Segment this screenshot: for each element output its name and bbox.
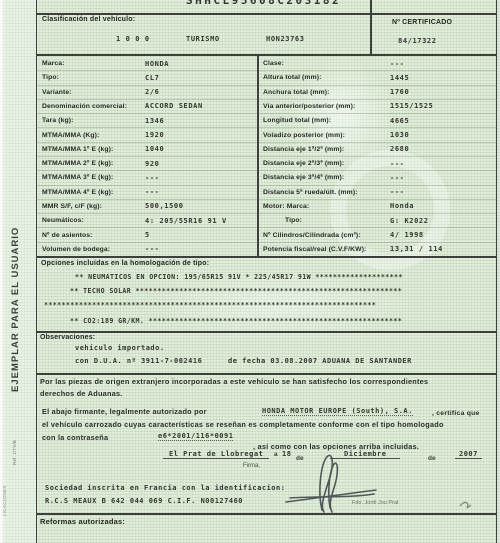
- spec-value: 1760: [390, 88, 409, 96]
- divider: [36, 513, 497, 515]
- spec-value: 500,1500: [145, 202, 184, 210]
- signature-caption: Firma,: [243, 463, 260, 469]
- spec-label: Tipo:: [263, 217, 390, 224]
- handwritten-signature: [280, 446, 380, 518]
- spec-label: Tara (kg):: [42, 117, 145, 124]
- spec-label: Vía anterior/posterior (mm):: [263, 103, 390, 110]
- option-line-co2: ** CO2:189 GR/KM. **********************…: [70, 317, 402, 325]
- observations-heading: Observaciones:: [40, 334, 95, 341]
- spec-label: Distancia eje 2ª/3ª (mm):: [263, 160, 390, 167]
- divider: [36, 331, 497, 333]
- declaration-line3-pre: con la contraseña: [42, 433, 108, 442]
- signer-name: Fdo. Jordi Jou Prat: [352, 500, 398, 506]
- divider: [36, 373, 497, 375]
- classification-code: 1 0 0 0: [116, 35, 150, 43]
- registration-line2: R.C.S MEAUX B 642 044 069 C.I.F. N001274…: [45, 497, 243, 505]
- spec-value: 920: [145, 160, 159, 168]
- spec-row: Tara (kg): 1346: [36, 114, 257, 128]
- spec-row: Longitud total (mm): 4665: [258, 114, 497, 128]
- option-line-filler: ****************************************…: [44, 301, 376, 309]
- spec-row: Distancia eje 2ª/3ª (mm): ---: [258, 157, 497, 171]
- certificate-number: 84/17322: [398, 37, 437, 45]
- scan-edge: [0, 0, 5, 543]
- spec-label: Longitud total (mm):: [263, 117, 390, 124]
- spec-value: ---: [390, 174, 404, 182]
- customs-paragraph-line2: derechos de Aduanas.: [40, 389, 123, 398]
- declaration-line1-post: , certifica que: [432, 410, 480, 417]
- spec-value: HONDA: [145, 60, 169, 68]
- spec-row: MTMA/MMA 1º E (kg): 1040: [36, 143, 257, 157]
- spec-row: MTMA/MMA 3º E (kg): ---: [36, 171, 257, 185]
- signing-year: 2007: [455, 450, 482, 459]
- spec-row: MTMA/MMA (Kg): 1920: [36, 128, 257, 142]
- homologation-ref: HON23763: [266, 35, 305, 43]
- declaration-line2: el vehículo carrozado cuyas característi…: [42, 420, 444, 429]
- spec-value: CL7: [145, 74, 159, 82]
- scanned-certificate: EJEMPLAR PARA EL USUARIO LICACIONES Ref.…: [0, 0, 500, 543]
- spec-row: Altura total (mm): 1445: [258, 71, 497, 85]
- spec-label: MTMA/MMA 2º E (kg):: [42, 160, 145, 167]
- spec-label: Distancia 5ª rueda/últ. (mm):: [263, 189, 390, 196]
- spec-row: Nº Cilindros/Cilindrada (cm³): 4/ 1998: [258, 228, 497, 242]
- spec-row: MMR S/F, c/F (kg): 500,1500: [36, 200, 257, 214]
- copy-type-vertical-label: EJEMPLAR PARA EL USUARIO: [10, 252, 21, 392]
- spec-value: 1445: [390, 74, 409, 82]
- spec-value: 13,31 / 114: [390, 245, 443, 253]
- divider: [36, 13, 497, 15]
- spec-row: MTMA/MMA 2º E (kg): 920: [36, 157, 257, 171]
- date-word-de2: de: [428, 455, 436, 462]
- spec-value: ACCORD SEDAN: [145, 102, 203, 110]
- print-shop-vertical-text: LICACIONES: [3, 464, 8, 517]
- options-heading: Opciones incluidas en la homologación de…: [41, 260, 209, 267]
- observation-dua: con D.U.A. nº 3911-7-002416: [75, 357, 202, 365]
- vin-number: SHHCL95608C203182: [186, 0, 341, 7]
- date-word-a: a: [274, 451, 278, 458]
- specs-right-column: Clase: --- Altura total (mm): 1445 Anchu…: [258, 57, 497, 256]
- spec-row: Distancia eje 1ª/2ª (mm): 2680: [258, 143, 497, 157]
- spec-label: MTMA/MMA 3º E (kg):: [42, 174, 145, 181]
- spec-row: Distancia eje 3ª/4ª (mm): ---: [258, 171, 497, 185]
- spec-row: Nº de asientos: 5: [36, 228, 257, 242]
- manufacturer-name: HONDA MOTOR EUROPE (South), S.A.: [262, 407, 413, 416]
- spec-row: MTMA/MMA 4º E (kg): ---: [36, 186, 257, 200]
- spec-label: Variante:: [42, 89, 145, 96]
- spec-label: MTMA/MMA 4º E (kg):: [42, 189, 145, 196]
- declaration-line1: El abajo firmante, legalmente autorizado…: [42, 407, 207, 416]
- spec-value: ---: [390, 60, 404, 68]
- spec-label: MTMA/MMA 1º E (kg):: [42, 146, 145, 153]
- specs-left-column: Marca: HONDA Tipo: CL7 Variante: 2/6 Den…: [36, 57, 257, 256]
- spec-label: Voladizo posterior (mm):: [263, 132, 390, 139]
- spec-row: Voladizo posterior (mm): 1030: [258, 128, 497, 142]
- spec-label: Clase:: [263, 60, 390, 67]
- spec-value: 1040: [145, 145, 164, 153]
- certificate-label: Nº CERTIFICADO: [392, 19, 452, 26]
- ink-mark: [458, 496, 474, 512]
- registration-line1: Sociedad inscrita en Francia con la iden…: [45, 484, 285, 492]
- spec-value: ---: [145, 188, 159, 196]
- spec-row: Tipo: G: K2022: [258, 214, 497, 228]
- spec-label: Tipo:: [42, 74, 145, 81]
- spec-value: ---: [390, 188, 404, 196]
- spec-value: ---: [145, 174, 159, 182]
- spec-label: Volumen de bodega:: [42, 246, 145, 253]
- spec-label: Marca:: [42, 60, 145, 67]
- spec-value: 2680: [390, 145, 409, 153]
- divider: [36, 54, 497, 56]
- spec-value: 1030: [390, 131, 409, 139]
- spec-value: 4665: [390, 117, 409, 125]
- spec-row: Motor: Marca: Honda: [258, 200, 497, 214]
- spec-value: 4: 205/55R16 91 V: [145, 217, 227, 225]
- observation-imported: vehículo importado.: [75, 344, 165, 352]
- spec-label: MTMA/MMA (Kg):: [42, 132, 145, 139]
- spec-row: Anchura total (mm): 1760: [258, 86, 497, 100]
- spec-label: Anchura total (mm):: [263, 89, 390, 96]
- spec-value: 1920: [145, 131, 164, 139]
- spec-label: Neumáticos:: [42, 217, 145, 224]
- spec-row: Clase: ---: [258, 57, 497, 71]
- spec-value: ---: [145, 245, 159, 253]
- option-line-sunroof: ** TECHO SOLAR *************************…: [70, 287, 402, 295]
- spec-row: Distancia 5ª rueda/últ. (mm): ---: [258, 186, 497, 200]
- option-line-tyres: ** NEUMATICOS EN OPCION: 195/65R15 91V *…: [75, 273, 403, 281]
- spec-value: 4/ 1998: [390, 231, 424, 239]
- spec-row: Volumen de bodega: ---: [36, 243, 257, 256]
- observation-customs-date: de fecha 03.08.2007 ADUANA DE SANTANDER: [228, 357, 412, 365]
- spec-row: Potencia fiscal/real (C.V.F/KW): 13,31 /…: [258, 243, 497, 256]
- spec-label: Altura total (mm):: [263, 74, 390, 81]
- spec-label: Denominación comercial:: [42, 103, 145, 110]
- divider: [36, 256, 497, 258]
- customs-paragraph-line1: Por las piezas de origen extranjero inco…: [40, 377, 428, 386]
- spec-value: G: K2022: [390, 217, 429, 225]
- spec-row: Vía anterior/posterior (mm): 1515/1525: [258, 100, 497, 114]
- print-ref-vertical-text: Ref. 1/TV/B: [13, 425, 18, 465]
- spec-value: 1515/1525: [390, 102, 433, 110]
- spec-value: 5: [145, 231, 150, 239]
- signing-place: El Prat de Llobregat: [163, 450, 269, 459]
- spec-label: Nº Cilindros/Cilindrada (cm³):: [263, 232, 390, 239]
- classification-label: Clasificación del vehículo:: [42, 16, 135, 23]
- spec-label: Distancia eje 3ª/4ª (mm):: [263, 174, 390, 181]
- spec-value: ---: [390, 160, 404, 168]
- spec-label: Motor: Marca:: [263, 203, 390, 210]
- spec-row: Marca: HONDA: [36, 57, 257, 71]
- spec-label: Potencia fiscal/real (C.V.F/KW):: [263, 246, 390, 253]
- spec-row: Neumáticos: 4: 205/55R16 91 V: [36, 214, 257, 228]
- spec-value: 1346: [145, 117, 164, 125]
- spec-value: Honda: [390, 202, 414, 210]
- spec-label: MMR S/F, c/F (kg):: [42, 203, 145, 210]
- spec-value: 2/6: [145, 88, 159, 96]
- spec-label: Nº de asientos:: [42, 232, 145, 239]
- spec-row: Denominación comercial: ACCORD SEDAN: [36, 100, 257, 114]
- spec-label: Distancia eje 1ª/2ª (mm):: [263, 146, 390, 153]
- vehicle-type: TURISMO: [186, 35, 220, 43]
- vin-row: SHHCL95608C203182: [36, 0, 497, 13]
- reforms-heading: Reformas autorizadas:: [40, 517, 125, 526]
- spec-row: Tipo: CL7: [36, 71, 257, 85]
- spec-row: Variante: 2/6: [36, 86, 257, 100]
- approval-code: e6*2001/116*0091: [158, 432, 233, 441]
